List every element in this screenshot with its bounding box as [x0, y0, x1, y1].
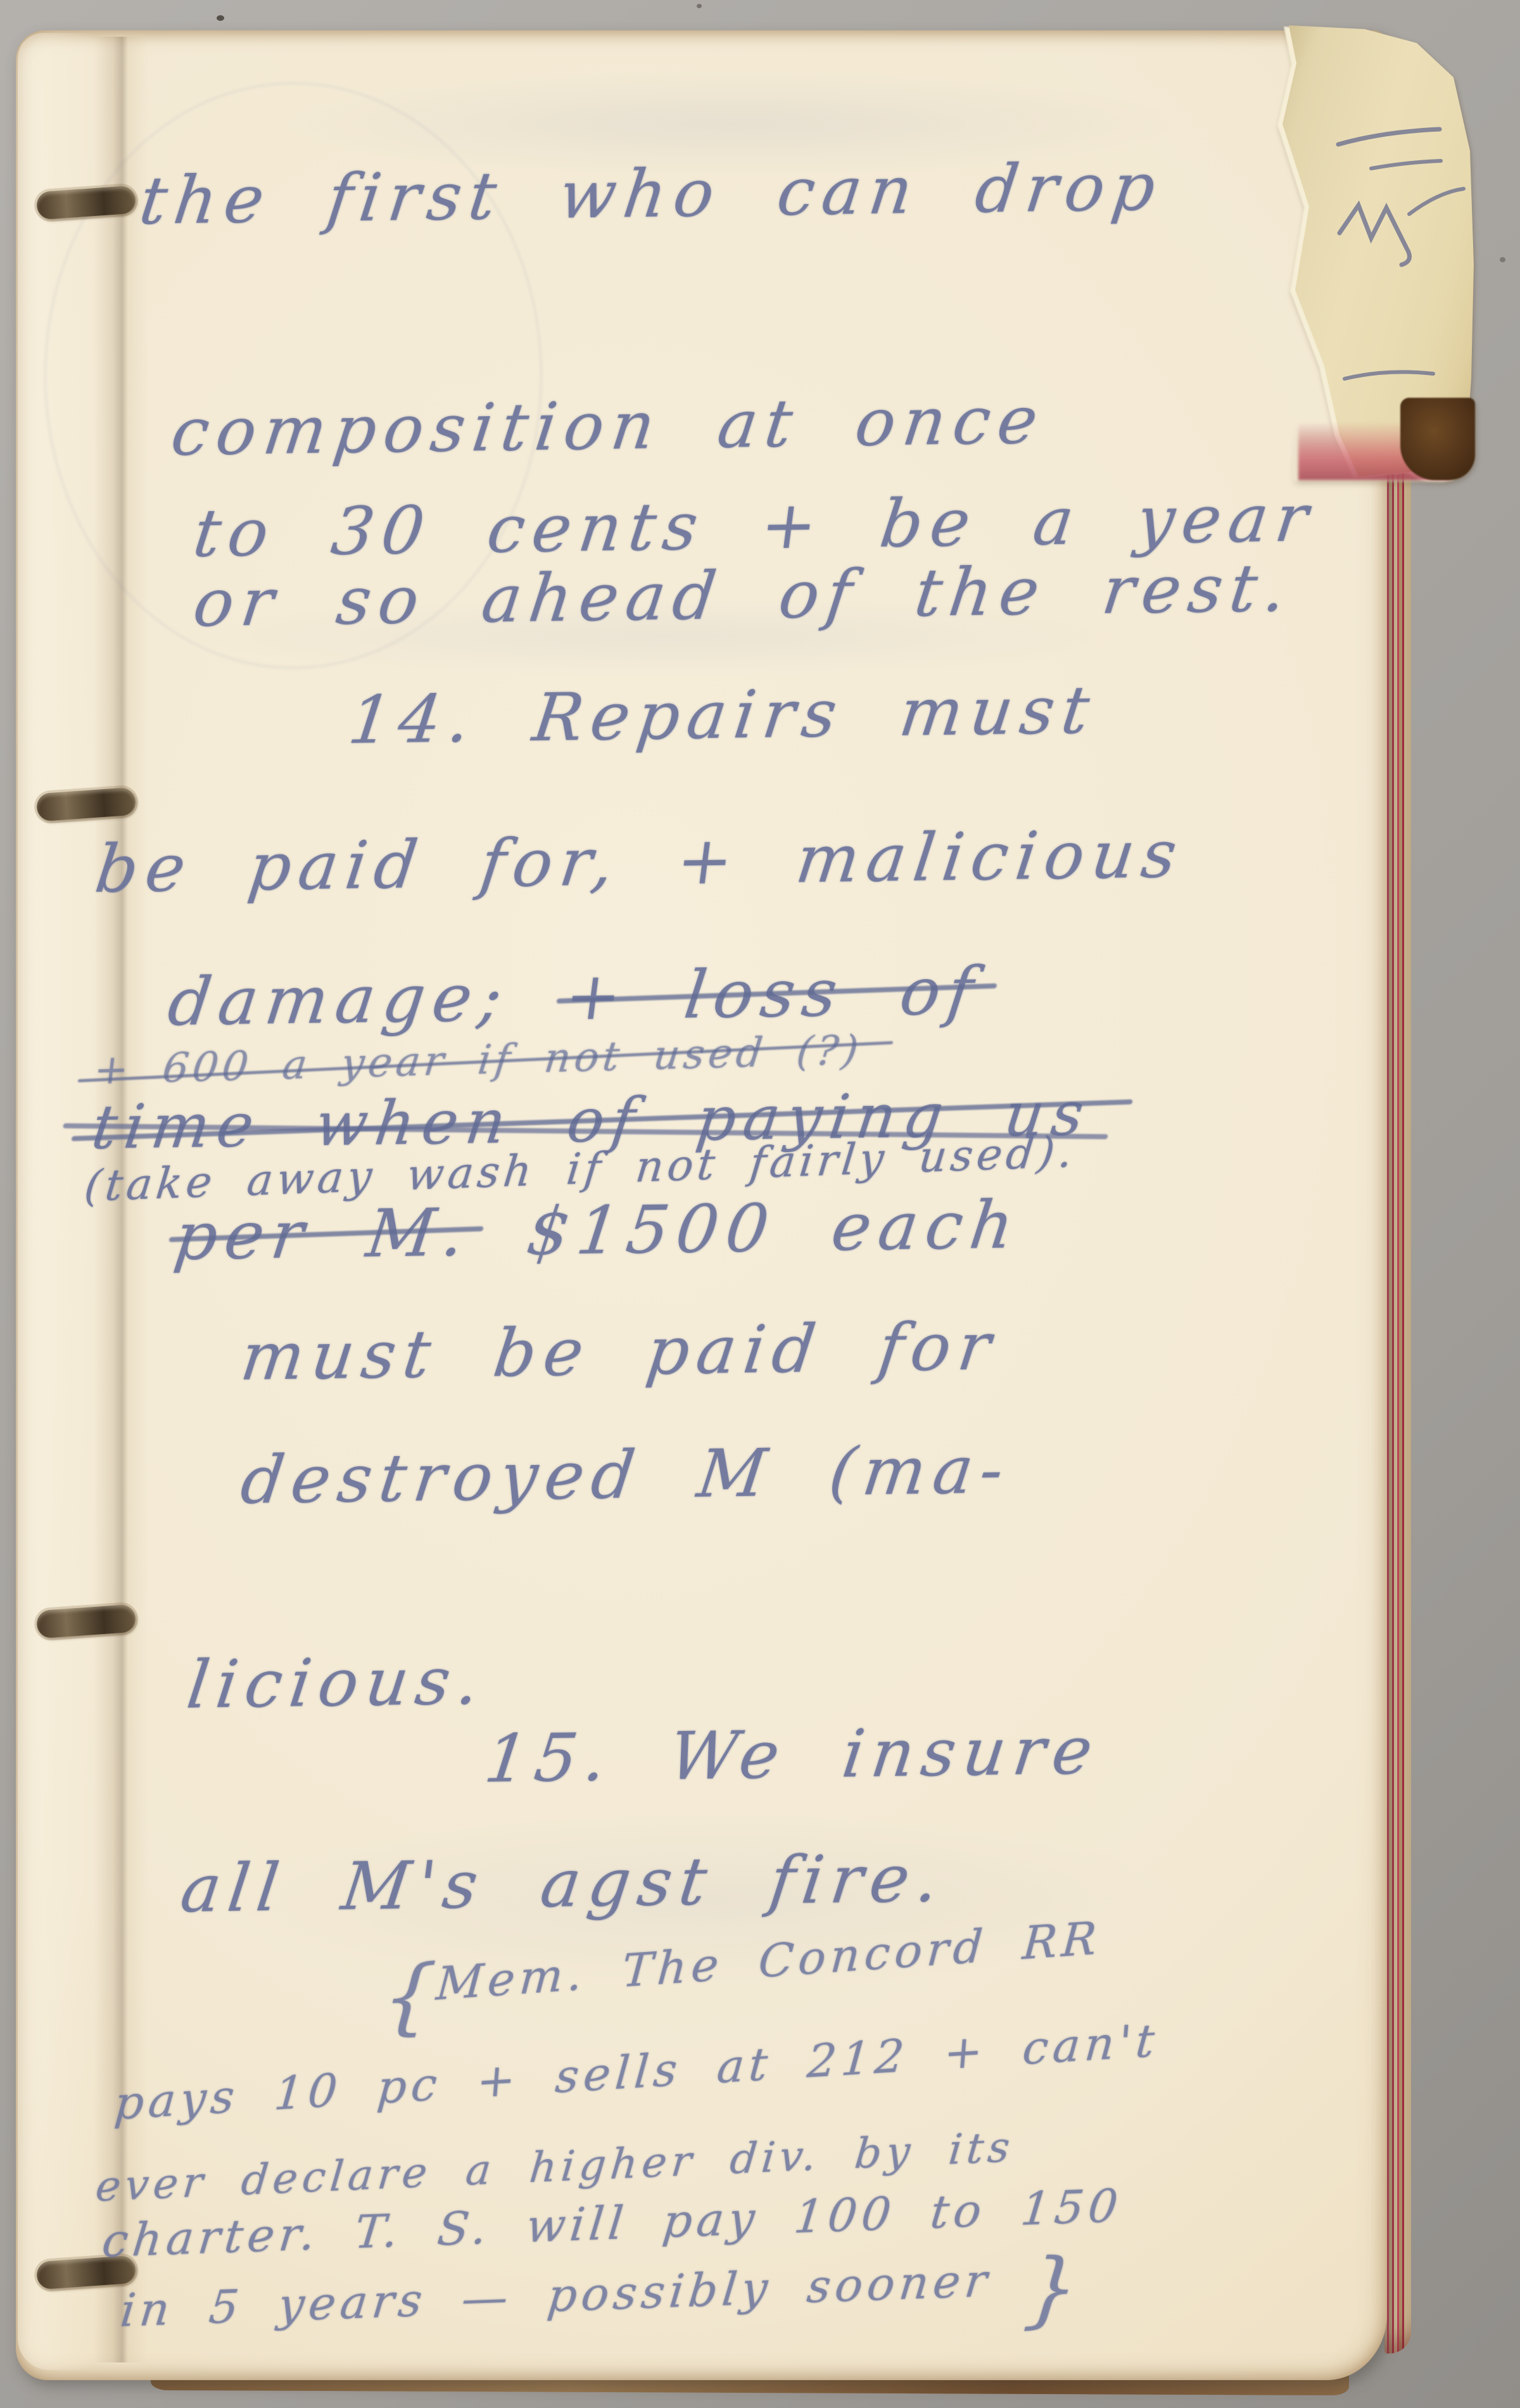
- handwriting-line: or so ahead of the rest.: [190, 555, 1297, 636]
- notebook-scan: the first who can drop composition at on…: [0, 0, 1520, 2408]
- dust-speck: [697, 4, 702, 8]
- struck-text: + loss of: [562, 958, 984, 1029]
- struck-text: per M.: [171, 1199, 475, 1269]
- handwriting-line: destroyed M (ma-: [237, 1436, 1015, 1513]
- handwriting-line: per M. $1500 each: [171, 1191, 1025, 1269]
- handwriting-segment: $1500 each: [466, 1186, 1025, 1271]
- handwriting-line: 15. We insure: [481, 1718, 1103, 1792]
- handwriting-line: damage; + loss of: [165, 958, 984, 1035]
- handwriting-line: all M's agst fire.: [177, 1845, 949, 1922]
- red-fore-edge: [1384, 443, 1411, 2354]
- handwriting-line: licious.: [184, 1647, 490, 1718]
- dust-speck: [1500, 257, 1505, 262]
- handwriting-line: must be paid for: [237, 1313, 1002, 1390]
- handwriting-line: 14. Repairs must: [345, 677, 1100, 753]
- torn-corner-under-page: [1263, 24, 1479, 480]
- dust-speck: [217, 15, 224, 21]
- handwriting-segment: damage;: [164, 958, 571, 1041]
- handwriting-line: be paid for, + malicious: [92, 821, 1187, 902]
- worn-brown-patch: [1400, 398, 1475, 480]
- closing-brace: }: [1020, 2240, 1083, 2338]
- handwriting-line: the first who can drop: [136, 154, 1167, 234]
- opening-brace: {: [379, 1947, 439, 2046]
- handwriting-line: composition at once: [168, 387, 1049, 465]
